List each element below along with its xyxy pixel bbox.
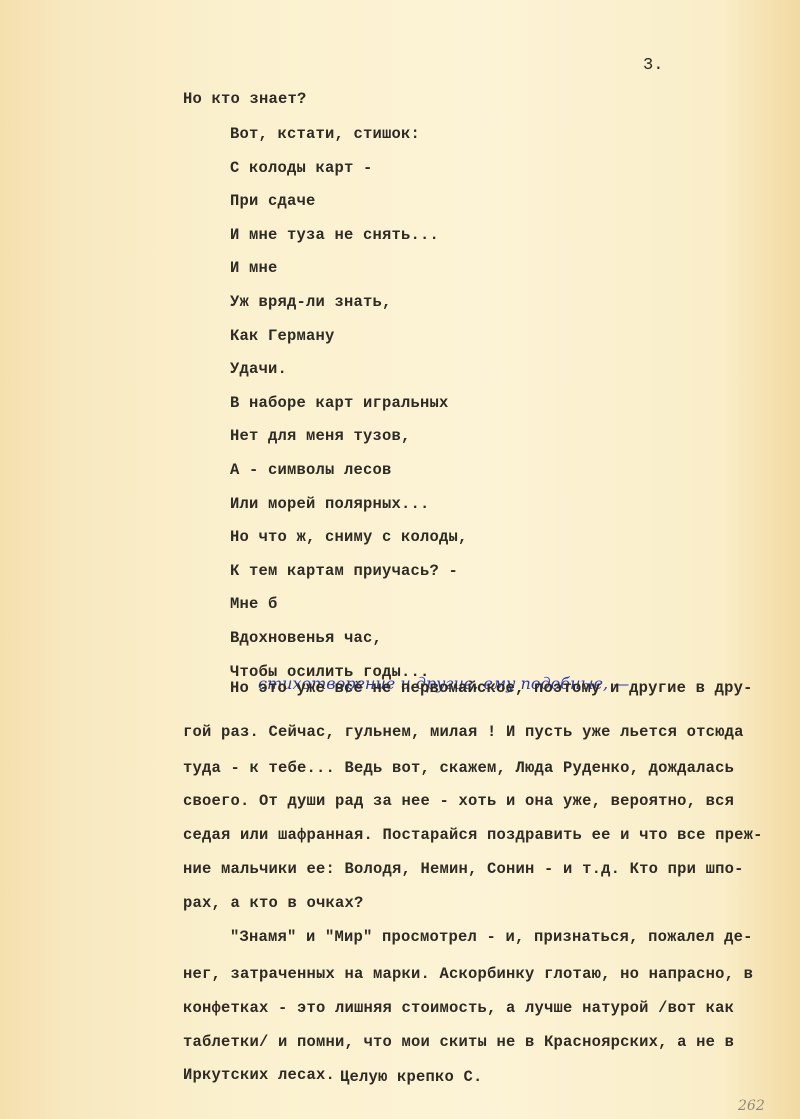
prose-line: таблетки/ и помни, что мои скиты не в Кр… (183, 1033, 734, 1051)
poem-line: При сдаче (230, 192, 316, 210)
closing-signature: Целую крепко С. (340, 1068, 483, 1086)
prose-line: гой раз. Сейчас, гульнем, милая ! И пуст… (183, 723, 744, 741)
poem-line: Но что ж, сниму с колоды, (230, 528, 468, 546)
poem-line: Удачи. (230, 360, 287, 378)
opening-line: Но кто знает? (183, 90, 307, 108)
poem-line: К тем картам приучась? - (230, 562, 458, 580)
poem-line: Уж вряд-ли знать, (230, 293, 392, 311)
prose-line: конфетках - это лишняя стоимость, а лучш… (183, 999, 734, 1017)
poem-line: И мне туза не снять... (230, 226, 439, 244)
prose-line: своего. От души рад за нее - хоть и она … (183, 792, 734, 810)
page-number: 3. (643, 56, 663, 75)
poem-line: Мне б (230, 595, 278, 613)
prose-line: "Знамя" и "Мир" просмотрел - и, признать… (230, 928, 753, 946)
poem-line: Вот, кстати, стишок: (230, 125, 420, 143)
archive-folio-number: 262 (738, 1098, 765, 1114)
poem-line: А - символы лесов (230, 461, 392, 479)
poem-line: Вдохновенья час, (230, 629, 382, 647)
prose-line: седая или шафранная. Постарайся поздрави… (183, 826, 763, 844)
prose-line: Иркутских лесах. (183, 1066, 335, 1084)
poem-line: С колоды карт - (230, 159, 373, 177)
poem-line: Или морей полярных... (230, 495, 430, 513)
typewritten-letter-page: 3. Но кто знает? Вот, кстати, стишок: С … (0, 0, 800, 1119)
prose-line: нег, затраченных на марки. Аскорбинку гл… (183, 965, 753, 983)
poem-line: И мне (230, 259, 278, 277)
prose-line: Но это уже всё не первомайское, поэтому … (230, 679, 753, 697)
prose-line: ние мальчики ее: Володя, Немин, Сонин - … (183, 860, 744, 878)
poem-line: Нет для меня тузов, (230, 427, 411, 445)
poem-line: В наборе карт игральных (230, 394, 449, 412)
prose-line: туда - к тебе... Ведь вот, скажем, Люда … (183, 759, 734, 777)
poem-line: Как Герману (230, 327, 335, 345)
prose-line: рах, а кто в очках? (183, 894, 364, 912)
